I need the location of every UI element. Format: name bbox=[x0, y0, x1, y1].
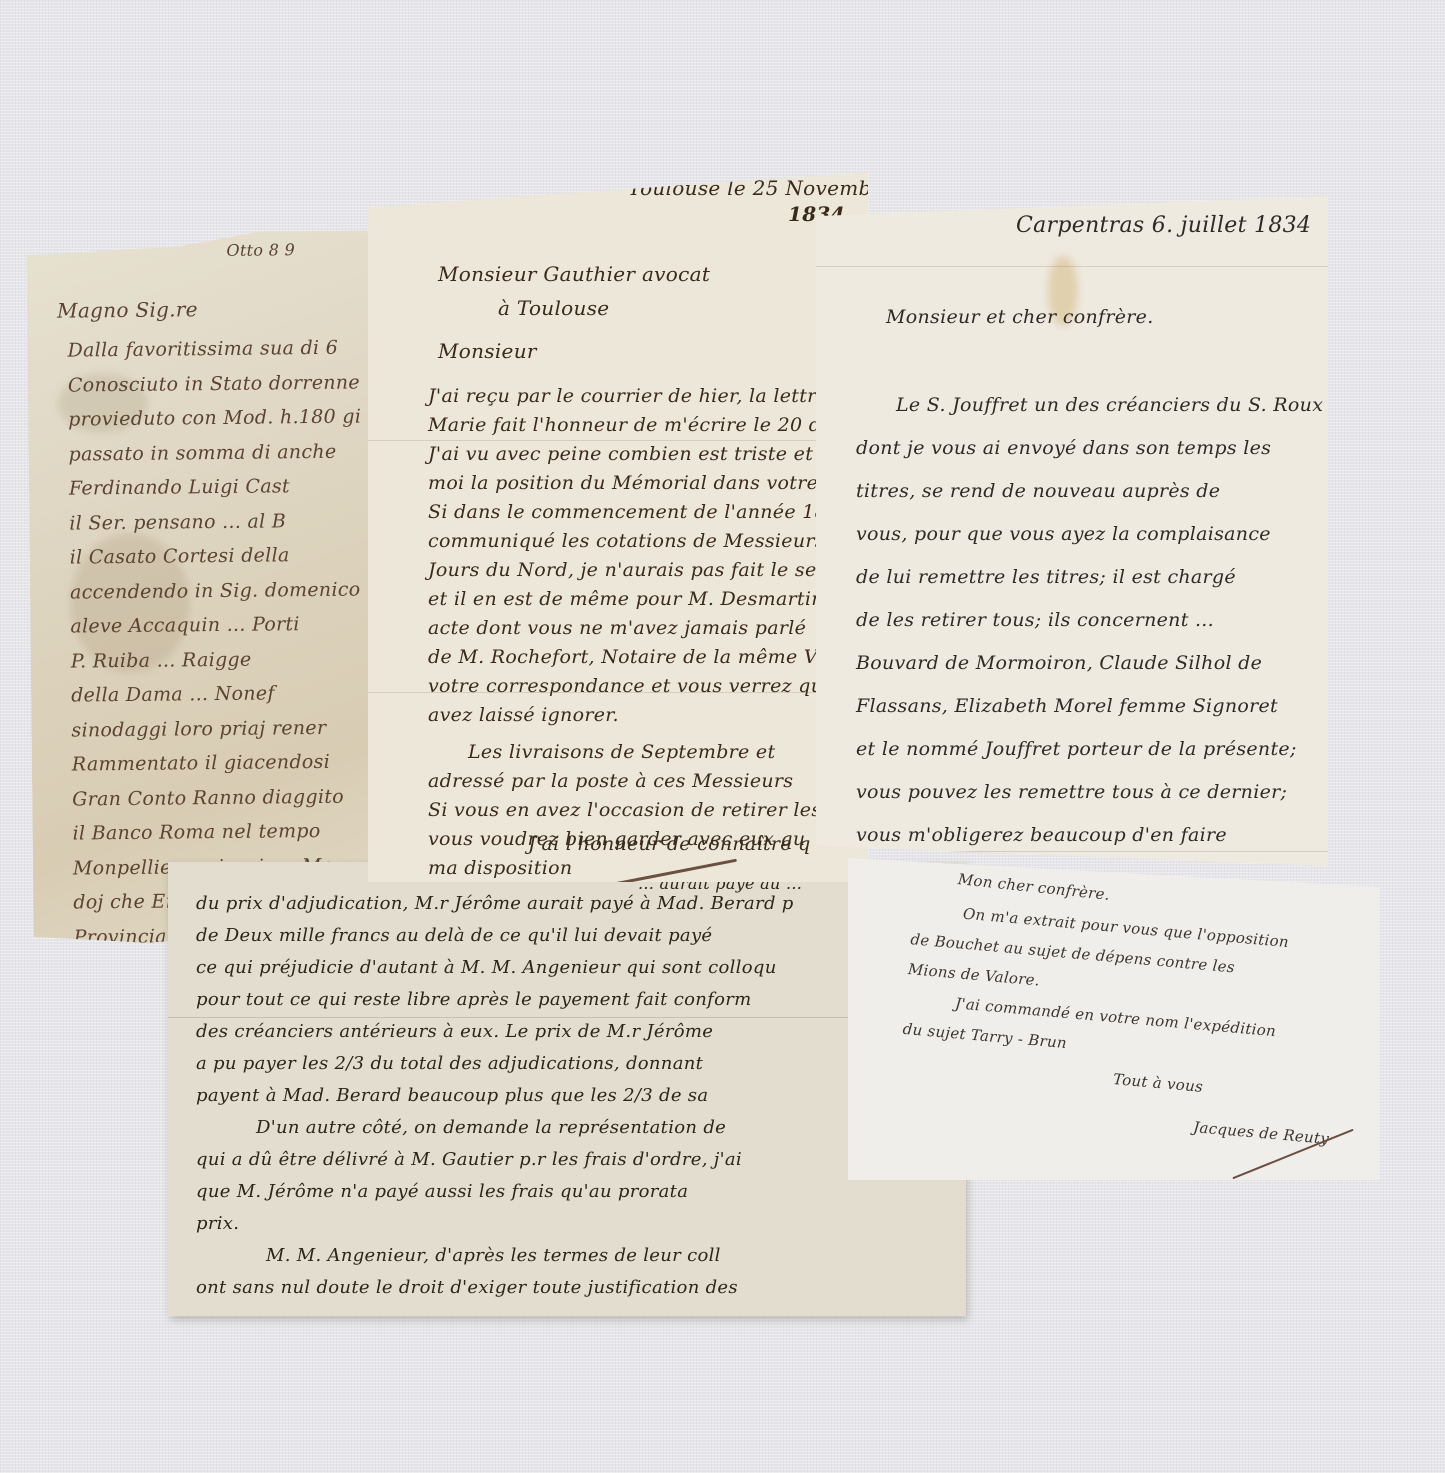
text-line: della Dama ... Nonef bbox=[71, 675, 364, 713]
text-line: vous m'obligerez beaucoup d'en faire bbox=[856, 814, 1323, 857]
text-line: Les livraisons de Septembre et bbox=[428, 738, 821, 767]
text-line: pour tout ce qui reste libre après le pa… bbox=[196, 984, 794, 1016]
text-line: Dalla favoritissima sua di 6 bbox=[67, 331, 360, 369]
text-line: vous, pour que vous ayez la complaisance bbox=[856, 513, 1323, 556]
text-line: a pu payer les 2/3 du total des adjudica… bbox=[196, 1048, 794, 1080]
text-line: sinodaggi loro priaj rener bbox=[71, 710, 364, 748]
text-line: qui a dû être délivré à M. Gautier p.r l… bbox=[196, 1144, 794, 1176]
text-line: et le nommé Jouffret porteur de la prése… bbox=[856, 728, 1323, 771]
note-body: On m'a extrait pour vous que l'oppositio… bbox=[901, 894, 1290, 1076]
salutation: Monsieur et cher confrère. bbox=[886, 296, 1154, 339]
letter-toulouse-1834: Toulouse le 25 Novembre 1834 Monsieur Ga… bbox=[368, 172, 868, 882]
letter-paragraph-2: Les livraisons de Septembre et adressé p… bbox=[428, 738, 821, 883]
text-line: Conosciuto in Stato dorrenne bbox=[68, 365, 361, 403]
text-line: de Deux mille francs au delà de ce qu'il… bbox=[196, 920, 794, 952]
text-line: Gran Conto Ranno diaggito bbox=[72, 779, 365, 817]
text-line: ont sans nul doute le droit d'exiger tou… bbox=[196, 1272, 794, 1304]
text-line: payent à Mad. Berard beaucoup plus que l… bbox=[196, 1080, 794, 1112]
text-line: provieduto con Mod. h.180 gi bbox=[68, 400, 361, 438]
letter-body: Le S. Jouffret un des créanciers du S. R… bbox=[856, 384, 1323, 857]
text-line: passato in somma di anche bbox=[68, 434, 361, 472]
text-line: accendendo in Sig. domenico bbox=[70, 572, 363, 610]
manuscript-header: Otto 8 9 bbox=[226, 233, 295, 268]
old-italian-manuscript: Otto 8 9 Magno Sig.re Dalla favoritissim… bbox=[26, 230, 411, 944]
text-line: de lui remettre les titres; il est charg… bbox=[856, 556, 1323, 599]
letter-body: du prix d'adjudication, M.r Jérôme aurai… bbox=[196, 888, 794, 1304]
text-line: Rammentato il giacendosi bbox=[72, 744, 365, 782]
text-line: dont je vous ai envoyé dans son temps le… bbox=[856, 427, 1323, 470]
text-line: il Ser. pensano ... al B bbox=[69, 503, 362, 541]
text-line: de les retirer tous; ils concernent ... bbox=[856, 599, 1323, 642]
text-line: Flassans, Elizabeth Morel femme Signoret bbox=[856, 685, 1323, 728]
text-line: prix. bbox=[196, 1208, 794, 1240]
text-line: adressé par la poste à ces Messieurs bbox=[428, 767, 821, 796]
letter-bottom-left: ... aurait payé au ... du prix d'adjudic… bbox=[168, 862, 966, 1316]
letter-carpentras-1834: Carpentras 6. juillet 1834 Monsieur et c… bbox=[816, 196, 1328, 866]
text-line: Le S. Jouffret un des créanciers du S. R… bbox=[856, 384, 1323, 427]
text-line: du prix d'adjudication, M.r Jérôme aurai… bbox=[196, 888, 794, 920]
text-line: il Banco Roma nel tempo bbox=[72, 813, 365, 851]
text-line: aleve Accaquin ... Porti bbox=[70, 606, 363, 644]
note-mon-cher-confrere: Mon cher confrère. On m'a extrait pour v… bbox=[848, 858, 1380, 1180]
dateline: Toulouse le 25 Novembre bbox=[628, 174, 894, 203]
text-line: P. Ruiba ... Raigge bbox=[71, 641, 364, 679]
dateline: Carpentras 6. juillet 1834 bbox=[1016, 204, 1311, 247]
address-line-2: à Toulouse bbox=[498, 294, 609, 323]
closing: J'ai l'honneur de connaître q bbox=[528, 830, 811, 859]
text-line: M. M. Angenieur, d'après les termes de l… bbox=[196, 1240, 794, 1272]
text-line: Si vous en avez l'occasion de retirer le… bbox=[428, 796, 821, 825]
address-line-1: Monsieur Gauthier avocat bbox=[438, 260, 710, 289]
manuscript-salutation: Magno Sig.re bbox=[57, 292, 198, 328]
text-line: D'un autre côté, on demande la représent… bbox=[196, 1112, 794, 1144]
salutation: Monsieur bbox=[438, 337, 537, 366]
closing: Tout à vous bbox=[1112, 1064, 1204, 1102]
text-line: Ferdinando Luigi Cast bbox=[69, 468, 362, 506]
text-line: que M. Jérôme n'a payé aussi les frais q… bbox=[196, 1176, 794, 1208]
text-line: ce qui préjudicie d'autant à M. M. Angen… bbox=[196, 952, 794, 984]
text-line: vous pouvez les remettre tous à ce derni… bbox=[856, 771, 1323, 814]
text-line: Bouvard de Mormoiron, Claude Silhol de bbox=[856, 642, 1323, 685]
text-line: des créanciers antérieurs à eux. Le prix… bbox=[196, 1016, 794, 1048]
text-line: titres, se rend de nouveau auprès de bbox=[856, 470, 1323, 513]
text-line: il Casato Cortesi della bbox=[70, 537, 363, 575]
